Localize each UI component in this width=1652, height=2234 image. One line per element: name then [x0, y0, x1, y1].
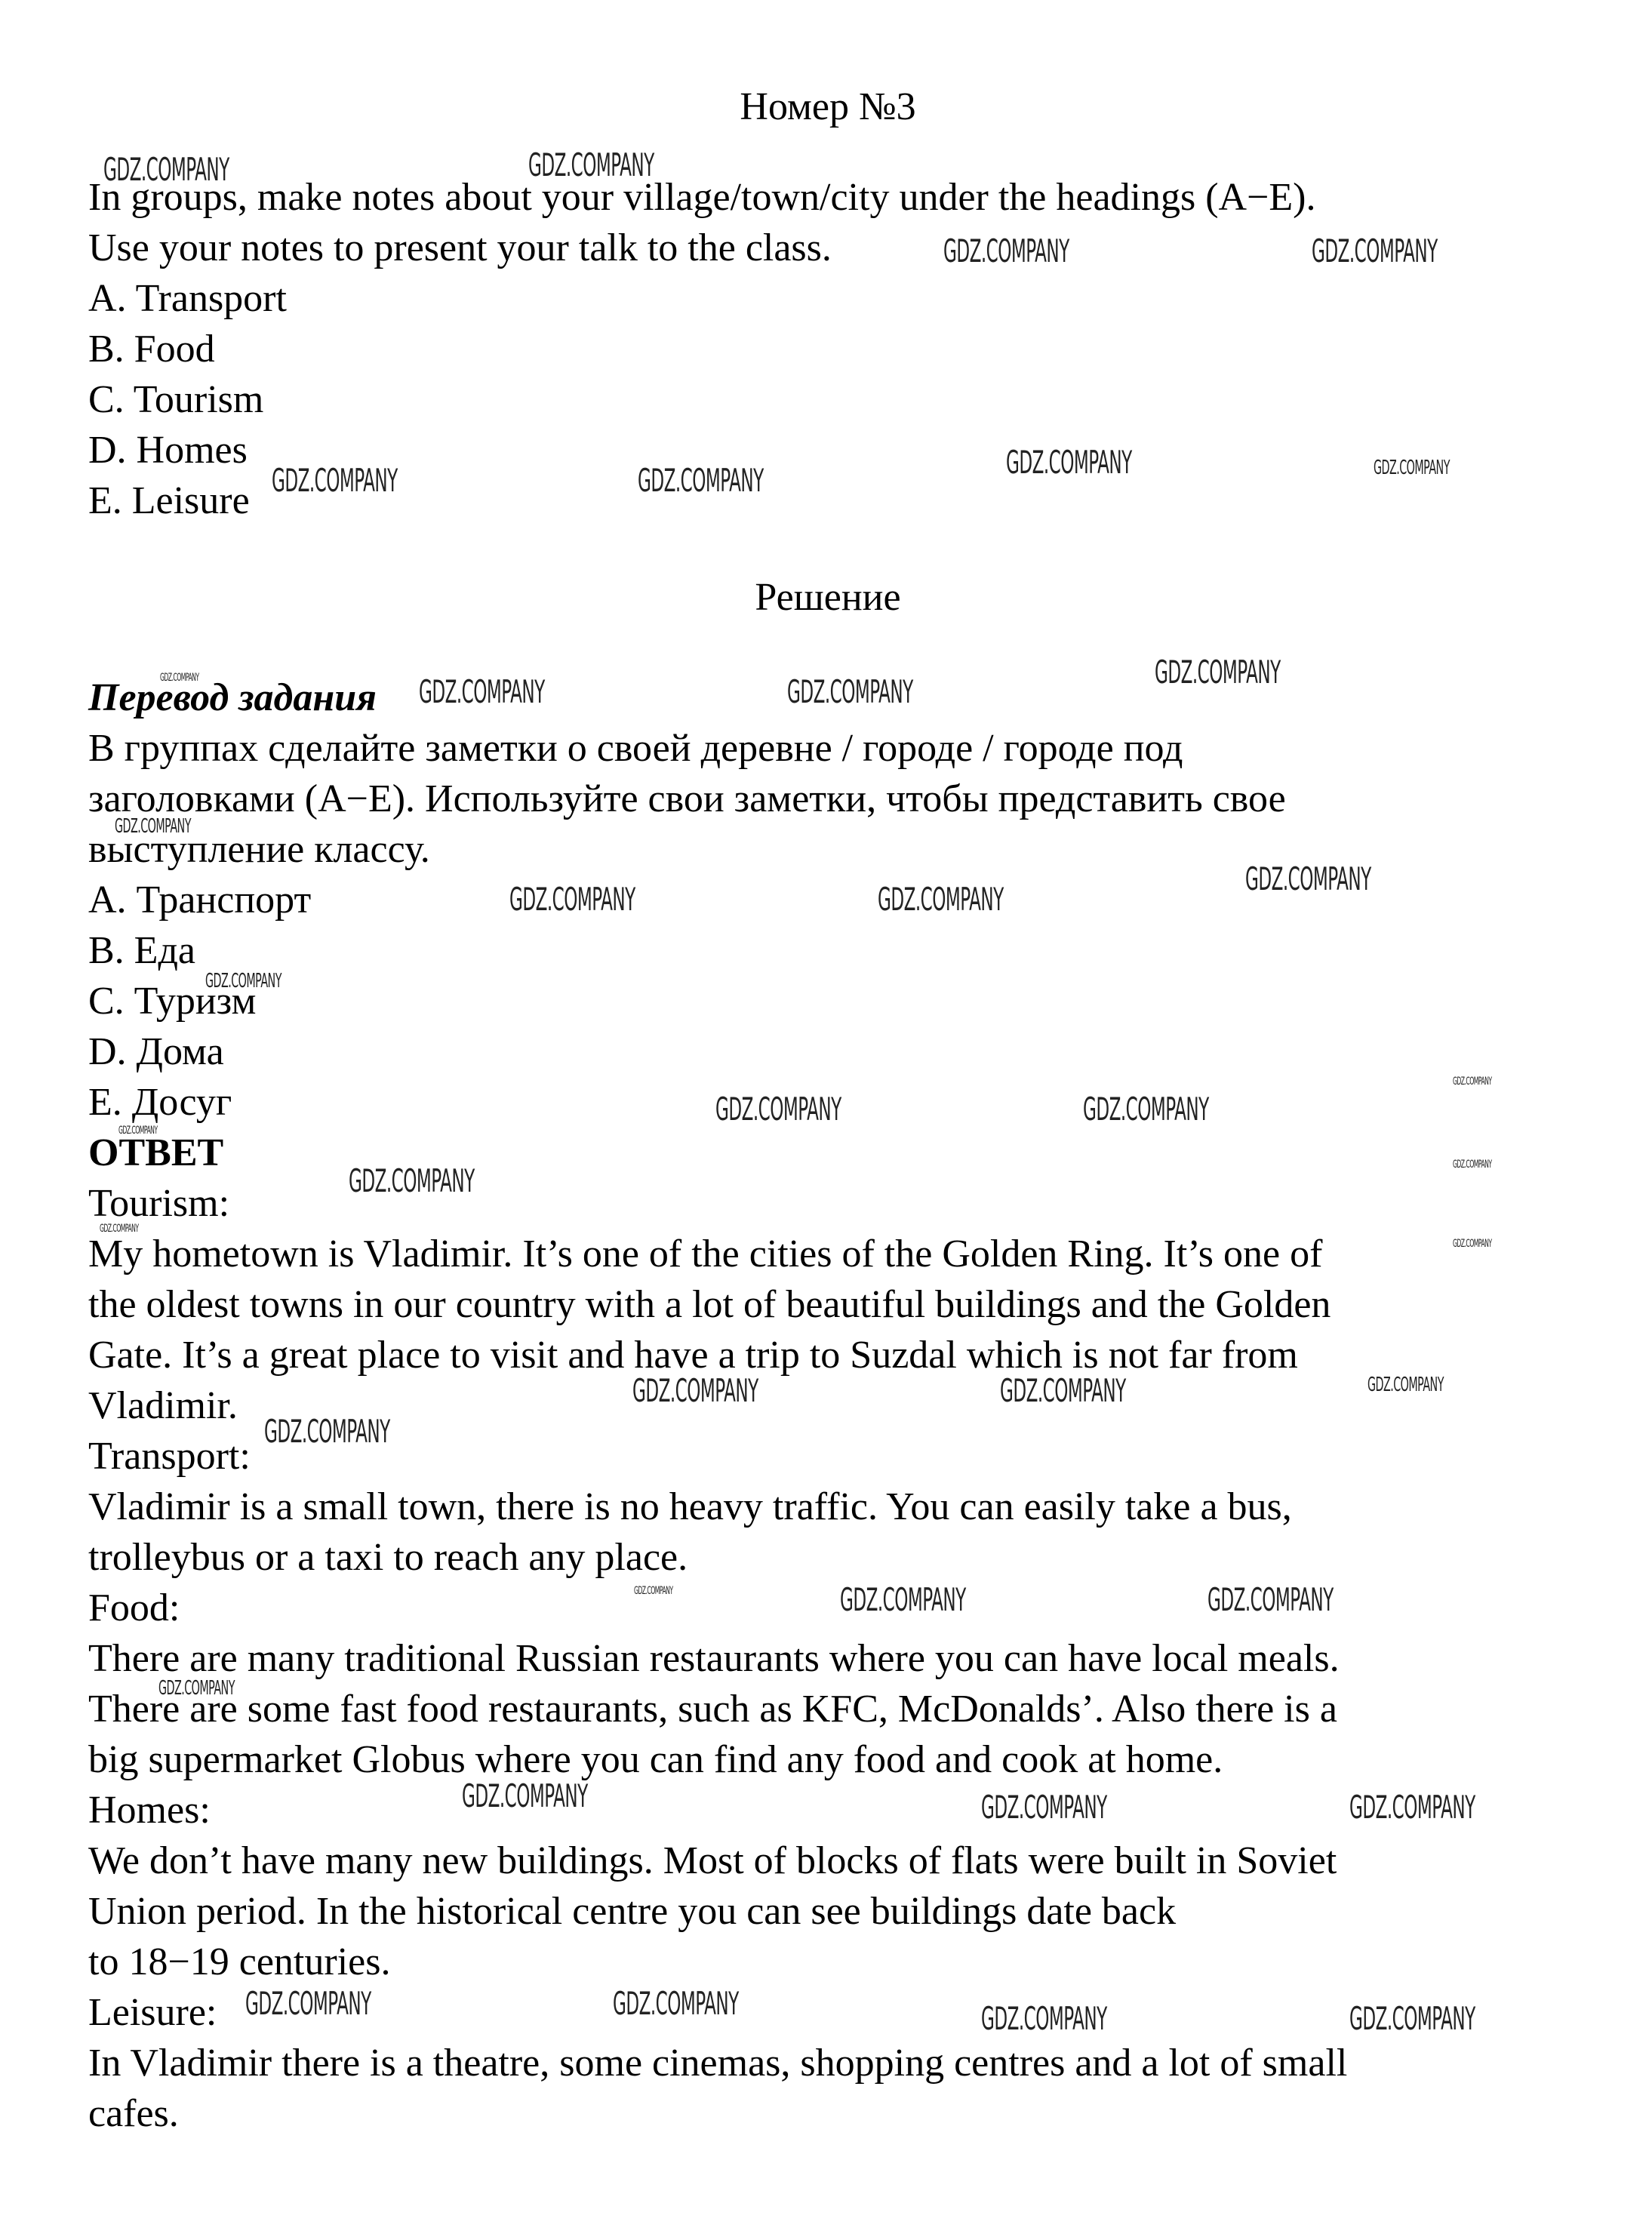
watermark: GDZ.COMPANY — [878, 881, 1004, 918]
translation-heading-e: E. Досуг — [88, 1080, 232, 1125]
answer-homes-line-3: to 18−19 centuries. — [88, 1940, 390, 1985]
task-heading-c: C. Tourism — [88, 377, 263, 423]
watermark: GDZ.COMPANY — [1349, 1789, 1475, 1826]
answer-tourism-line-2: the oldest towns in our country with a l… — [88, 1282, 1331, 1328]
answer-homes-line-1: We don’t have many new buildings. Most o… — [88, 1839, 1337, 1884]
watermark: GDZ.COMPANY — [1349, 2000, 1475, 2037]
answer-tourism-line-4: Vladimir. — [88, 1383, 238, 1429]
watermark: GDZ.COMPANY — [1367, 1374, 1444, 1396]
watermark: GDZ.COMPANY — [634, 1585, 673, 1597]
answer-homes-line-2: Union period. In the historical centre y… — [88, 1889, 1176, 1934]
translation-heading-b: B. Еда — [88, 928, 195, 974]
translation-line-1: В группах сделайте заметки о своей дерев… — [88, 726, 1183, 771]
watermark: GDZ.COMPANY — [205, 970, 281, 992]
answer-transport-line-2: trolleybus or a taxi to reach any place. — [88, 1535, 688, 1580]
answer-tourism-line-1: My hometown is Vladimir. It’s one of the… — [88, 1232, 1322, 1277]
watermark: GDZ.COMPANY — [1453, 1159, 1492, 1171]
watermark: GDZ.COMPANY — [840, 1581, 966, 1618]
watermark: GDZ.COMPANY — [528, 146, 654, 183]
translation-heading: Перевод задания — [88, 675, 377, 721]
answer-heading: ОТВЕТ — [88, 1131, 223, 1176]
task-line-1: In groups, make notes about your village… — [88, 175, 1316, 220]
watermark: GDZ.COMPANY — [509, 881, 635, 918]
watermark: GDZ.COMPANY — [1453, 1238, 1492, 1250]
task-heading-d: D. Homes — [88, 428, 248, 473]
answer-transport-line-1: Vladimir is a small town, there is no he… — [88, 1485, 1292, 1530]
translation-heading-a: A. Транспорт — [88, 878, 311, 923]
translation-heading-d: D. Дома — [88, 1029, 224, 1075]
watermark: GDZ.COMPANY — [245, 1985, 371, 2022]
watermark: GDZ.COMPANY — [419, 673, 545, 710]
answer-food-line-1: There are many traditional Russian resta… — [88, 1636, 1340, 1682]
page-title: Номер №3 — [88, 85, 1567, 130]
task-line-2: Use your notes to present your talk to t… — [88, 226, 832, 271]
answer-tourism-line-3: Gate. It’s a great place to visit and ha… — [88, 1333, 1298, 1378]
watermark: GDZ.COMPANY — [462, 1777, 588, 1814]
watermark: GDZ.COMPANY — [115, 815, 191, 838]
answer-label-tourism: Tourism: — [88, 1181, 229, 1226]
watermark: GDZ.COMPANY — [1312, 232, 1438, 269]
watermark: GDZ.COMPANY — [1000, 1372, 1126, 1409]
watermark: GDZ.COMPANY — [715, 1091, 841, 1128]
watermark: GDZ.COMPANY — [160, 672, 199, 684]
watermark: GDZ.COMPANY — [103, 151, 229, 188]
answer-food-line-2: There are some fast food restaurants, su… — [88, 1687, 1337, 1732]
answer-label-food: Food: — [88, 1586, 180, 1631]
watermark: GDZ.COMPANY — [100, 1223, 139, 1235]
watermark: GDZ.COMPANY — [943, 232, 1069, 269]
watermark: GDZ.COMPANY — [1374, 457, 1450, 479]
watermark: GDZ.COMPANY — [981, 2000, 1107, 2037]
task-heading-e: E. Leisure — [88, 478, 250, 524]
answer-label-transport: Transport: — [88, 1434, 251, 1479]
watermark: GDZ.COMPANY — [638, 462, 764, 499]
watermark: GDZ.COMPANY — [272, 462, 398, 499]
watermark: GDZ.COMPANY — [1006, 444, 1132, 481]
answer-food-line-3: big supermarket Globus where you can fin… — [88, 1737, 1223, 1783]
task-heading-a: A. Transport — [88, 276, 287, 322]
watermark: GDZ.COMPANY — [1207, 1581, 1334, 1618]
watermark: GDZ.COMPANY — [981, 1789, 1107, 1826]
answer-label-leisure: Leisure: — [88, 1990, 217, 2036]
watermark: GDZ.COMPANY — [264, 1413, 390, 1450]
watermark: GDZ.COMPANY — [613, 1985, 739, 2022]
answer-leisure-line-1: In Vladimir there is a theatre, some cin… — [88, 2041, 1347, 2086]
watermark: GDZ.COMPANY — [787, 673, 913, 710]
task-heading-b: B. Food — [88, 327, 215, 372]
watermark: GDZ.COMPANY — [158, 1677, 235, 1700]
watermark: GDZ.COMPANY — [118, 1125, 158, 1137]
watermark: GDZ.COMPANY — [1083, 1091, 1209, 1128]
watermark: GDZ.COMPANY — [632, 1372, 758, 1409]
watermark: GDZ.COMPANY — [1245, 860, 1371, 897]
watermark: GDZ.COMPANY — [349, 1162, 475, 1199]
watermark: GDZ.COMPANY — [1155, 654, 1281, 691]
answer-label-homes: Homes: — [88, 1788, 211, 1833]
answer-leisure-line-2: cafes. — [88, 2091, 179, 2137]
watermark: GDZ.COMPANY — [1453, 1075, 1492, 1088]
translation-line-2: заголовками (A−E). Используйте свои заме… — [88, 777, 1286, 822]
solution-heading: Решение — [88, 575, 1567, 620]
